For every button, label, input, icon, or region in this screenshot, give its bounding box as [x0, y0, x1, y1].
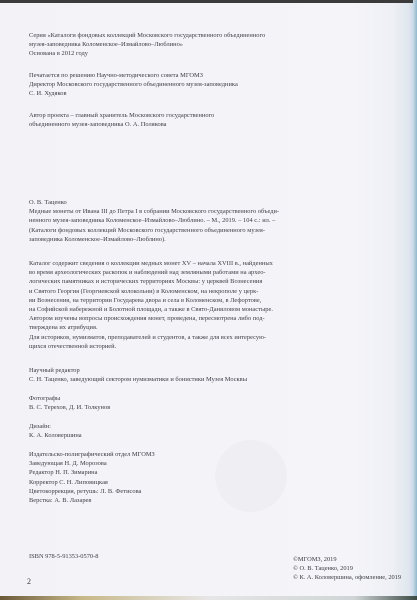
- isbn: ISBN 978-5-91353-0570-8: [29, 553, 98, 560]
- scan-top-edge: [0, 0, 417, 3]
- bib-line: ненного музея-заповедника Коломенское–Из…: [29, 216, 279, 225]
- abstract-line: Автором изучены вопросы происхождения мо…: [29, 314, 273, 323]
- abstract-line: ви Вознесения, на территории Государева …: [29, 296, 273, 305]
- abstract: Каталог содержит сведения о коллекции ме…: [29, 259, 273, 351]
- bib-line: Медные монеты от Ивана III до Петра I в …: [29, 207, 279, 216]
- page-right-edge: [413, 0, 417, 600]
- series-line: музея-заповедника Коломенское–Измайлово–…: [29, 40, 265, 49]
- scan-bottom-edge: [0, 596, 417, 600]
- abstract-line: и Святого Георгия (Георгиевской колоколь…: [29, 287, 273, 296]
- publishing-dept-line: Корректор С. Н. Липовицкая: [29, 478, 155, 487]
- book-page: Серия «Каталоги фондовых коллекций Моско…: [0, 0, 417, 600]
- abstract-line: логических памятниках и исторических тер…: [29, 277, 273, 286]
- photographers-label: Фотографы: [29, 394, 110, 403]
- publishing-dept-line: Редактор Н. П. Зимарина: [29, 468, 155, 477]
- copyright-block: ©МГОМЗ, 2019 © О. В. Таценко, 2019 © К. …: [293, 555, 401, 583]
- director-title: Директор Московского государственного об…: [29, 80, 238, 89]
- abstract-line: Каталог содержит сведения о коллекции ме…: [29, 259, 273, 268]
- publishing-department: Издательско-полиграфический отдел МГОМЗ …: [29, 450, 155, 505]
- project-author: Автор проекта – главный хранитель Москов…: [29, 111, 214, 129]
- scientific-editor-value: С. Н. Таценко, заведующий сектором нумиз…: [29, 375, 247, 384]
- series-info: Серия «Каталоги фондовых коллекций Моско…: [29, 31, 265, 59]
- book-author: О. В. Таценко: [29, 198, 279, 207]
- abstract-line: во время археологических раскопок и набл…: [29, 268, 273, 277]
- series-founded: Основана в 2012 году: [29, 49, 265, 58]
- decision-line: Печатается по решению Научно-методическо…: [29, 71, 238, 80]
- design-value: К. А. Коловершина: [29, 431, 82, 440]
- series-line: Серия «Каталоги фондовых коллекций Моско…: [29, 31, 265, 40]
- bibliographic-record: О. В. Таценко Медные монеты от Ивана III…: [29, 198, 279, 244]
- abstract-line: Для историков, нумизматов, преподавателе…: [29, 333, 273, 342]
- copyright-line: ©МГОМЗ, 2019: [293, 555, 401, 564]
- page-number: 2: [27, 577, 31, 586]
- abstract-line: щихся отечественной историей.: [29, 342, 273, 351]
- publishing-dept-line: Заведующая Н. Д. Морозова: [29, 459, 155, 468]
- photographers: Фотографы В. С. Терехов, Д. И. Толкунов: [29, 394, 110, 412]
- director-name: С. И. Худяков: [29, 89, 238, 98]
- abstract-line: на Софийской набережной и Болотной площа…: [29, 305, 273, 314]
- publishing-dept-line: Цветокоррекция, ретушь: Л. В. Фетисова: [29, 487, 155, 496]
- scientific-editor-label: Научный редактор: [29, 366, 247, 375]
- copyright-line: © О. В. Таценко, 2019: [293, 564, 401, 573]
- scientific-editor: Научный редактор С. Н. Таценко, заведующ…: [29, 366, 247, 384]
- bib-line: заповедника Коломенское–Измайлово–Люблин…: [29, 235, 279, 244]
- abstract-line: тверждена их атрибуция.: [29, 323, 273, 332]
- publishing-dept-line: Издательско-полиграфический отдел МГОМЗ: [29, 450, 155, 459]
- bib-line: (Каталоги фондовых коллекций Московского…: [29, 226, 279, 235]
- copyright-line: © К. А. Коловершина, офомление, 2019: [293, 573, 401, 582]
- photographers-value: В. С. Терехов, Д. И. Толкунов: [29, 403, 110, 412]
- bleed-through-circle: [215, 440, 287, 512]
- project-author-line: объединенного музея-заповедника О. А. По…: [29, 120, 214, 129]
- publication-decision: Печатается по решению Научно-методическо…: [29, 71, 238, 99]
- design-credit: Дизайн: К. А. Коловершина: [29, 422, 82, 440]
- design-label: Дизайн:: [29, 422, 82, 431]
- project-author-line: Автор проекта – главный хранитель Москов…: [29, 111, 214, 120]
- publishing-dept-line: Верстка: А. В. Лазарев: [29, 496, 155, 505]
